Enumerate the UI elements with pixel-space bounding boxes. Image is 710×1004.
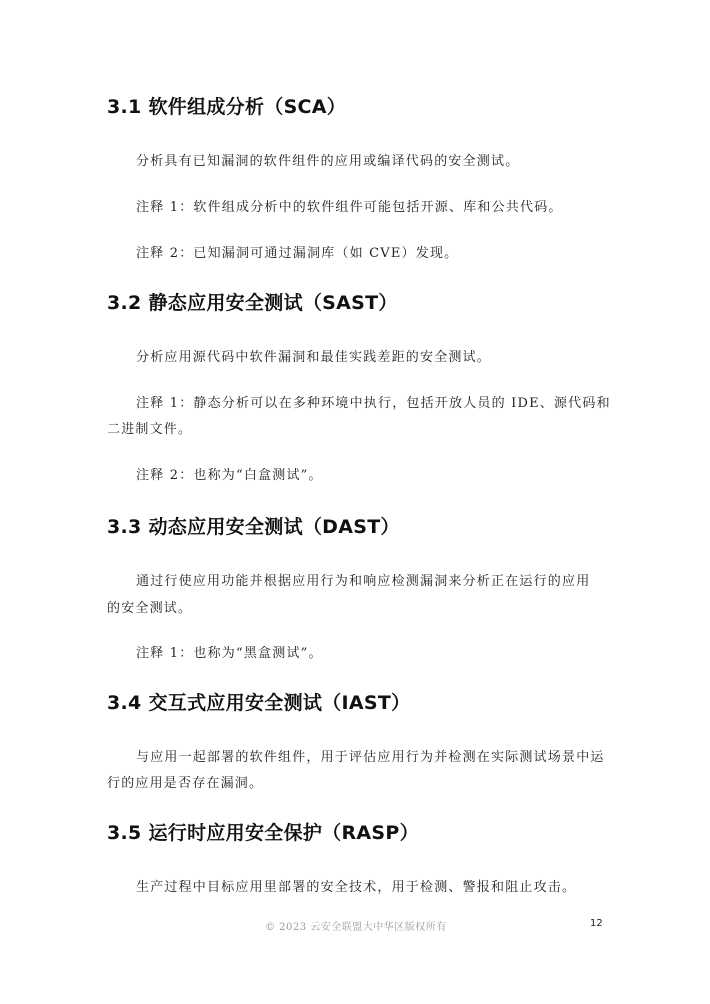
paragraph-continuation: 行的应用是否存在漏洞。 (107, 772, 263, 791)
page-number: 12 (590, 918, 603, 929)
note: 注释 1：静态分析可以在多种环境中执行，包括开放人员的 IDE、源代码和 (136, 392, 611, 411)
section-heading-dast: 3.3 动态应用安全测试（DAST） (107, 512, 400, 539)
section-heading-rasp: 3.5 运行时应用安全保护（RASP） (107, 818, 419, 845)
note-continuation: 二进制文件。 (107, 418, 192, 437)
paragraph: 分析具有已知漏洞的软件组件的应用或编译代码的安全测试。 (136, 150, 519, 169)
paragraph: 生产过程中目标应用里部署的安全技术，用于检测、警报和阻止攻击。 (136, 876, 576, 895)
note: 注释 2：已知漏洞可通过漏洞库（如 CVE）发现。 (136, 242, 458, 261)
note: 注释 1：软件组成分析中的软件组件可能包括开源、库和公共代码。 (136, 196, 563, 215)
note: 注释 2：也称为“白盒测试”。 (136, 464, 323, 483)
paragraph: 分析应用源代码中软件漏洞和最佳实践差距的安全测试。 (136, 346, 491, 365)
paragraph-continuation: 的安全测试。 (107, 597, 192, 616)
note: 注释 1：也称为“黑盒测试”。 (136, 642, 323, 661)
paragraph: 通过行使应用功能并根据应用行为和响应检测漏洞来分析正在运行的应用 (136, 570, 590, 589)
section-heading-sca: 3.1 软件组成分析（SCA） (107, 92, 346, 119)
footer-copyright: © 2023 云安全联盟大中华区版权所有 (265, 918, 447, 933)
paragraph: 与应用一起部署的软件组件，用于评估应用行为并检测在实际测试场景中运 (136, 746, 605, 765)
section-heading-iast: 3.4 交互式应用安全测试（IAST） (107, 688, 410, 715)
section-heading-sast: 3.2 静态应用安全测试（SAST） (107, 288, 398, 315)
